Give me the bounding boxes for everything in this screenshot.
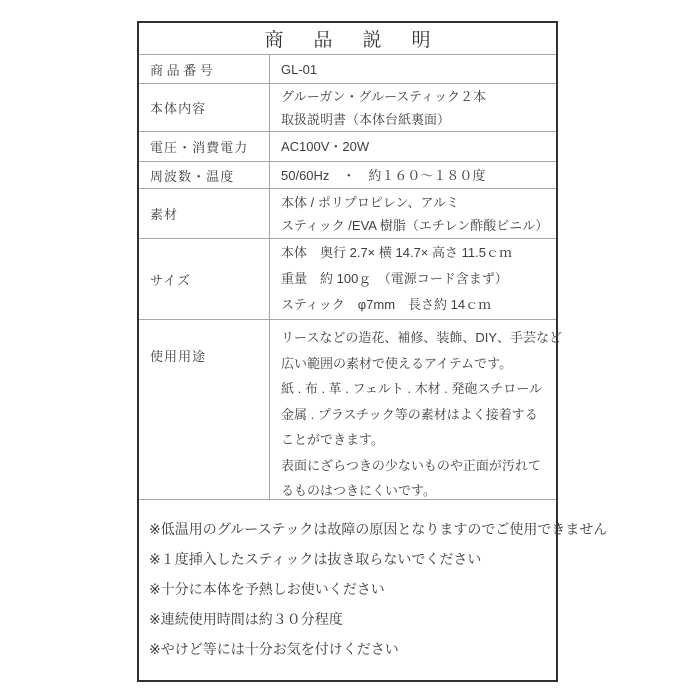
spec-row-frequency-temperature: 周波数・温度 50/60Hz ・ 約１６０～１８０度 — [139, 162, 556, 189]
row-value: GL-01 — [269, 55, 556, 83]
spec-row-material: 素材 本体 / ポリプロピレン、アルミ スティック /EVA 樹脂（エチレン酢酸… — [139, 189, 556, 239]
row-label: 電圧・消費電力 — [139, 132, 269, 161]
spec-row-product-number: 商品番号 GL-01 — [139, 55, 556, 84]
row-label: 使用用途 — [139, 320, 269, 499]
spec-row-usage: 使用用途 リースなどの造花、補修、装飾、DIY、手芸など 広い範囲の素材で使える… — [139, 320, 556, 500]
note-line: ※十分に本体を予熱しお使いください — [149, 574, 546, 604]
value-line: 取扱説明書（本体台紙裏面） — [281, 108, 552, 131]
value-line: グルーガン・グルースティック２本 — [281, 85, 552, 108]
spec-row-voltage-power: 電圧・消費電力 AC100V・20W — [139, 132, 556, 162]
notes-section: ※低温用のグルーステックは故障の原因となりますのでご使用できません ※１度挿入し… — [139, 500, 556, 680]
row-value: AC100V・20W — [269, 132, 556, 161]
table-title: 商 品 説 明 — [252, 25, 443, 52]
row-value: グルーガン・グルースティック２本 取扱説明書（本体台紙裏面） — [269, 84, 556, 131]
row-value: 本体 奥行 2.7× 横 14.7× 高さ 11.5ｃｍ 重量 約 100ｇ （… — [269, 239, 556, 319]
page: 商 品 説 明 商品番号 GL-01 本体内容 グルーガン・グルースティック２本… — [0, 0, 700, 700]
row-label: 商品番号 — [139, 55, 269, 83]
row-label: 素材 — [139, 189, 269, 238]
value-line: リースなどの造花、補修、装飾、DIY、手芸など — [281, 325, 562, 351]
product-spec-table: 商 品 説 明 商品番号 GL-01 本体内容 グルーガン・グルースティック２本… — [137, 21, 558, 682]
note-line: ※連続使用時間は約３０分程度 — [149, 604, 546, 634]
value-line: スティック φ7mm 長さ約 14ｃｍ — [281, 292, 552, 318]
value-line: 本体 / ポリプロピレン、アルミ — [281, 191, 552, 214]
row-value: 本体 / ポリプロピレン、アルミ スティック /EVA 樹脂（エチレン酢酸ビニル… — [269, 189, 556, 238]
value-line: ことができます。 — [281, 427, 562, 453]
note-line: ※低温用のグルーステックは故障の原因となりますのでご使用できません — [149, 514, 546, 544]
note-line: ※１度挿入したスティックは抜き取らないでください — [149, 544, 546, 574]
table-title-row: 商 品 説 明 — [139, 23, 556, 55]
row-label: サイズ — [139, 239, 269, 319]
row-value: 50/60Hz ・ 約１６０～１８０度 — [269, 162, 556, 188]
value-line: 紙 . 布 . 革 . フェルト . 木材 . 発砲スチロール — [281, 376, 562, 402]
value-line: GL-01 — [281, 58, 552, 81]
value-line: 表面にざらつきの少ないものや正面が汚れて — [281, 453, 562, 479]
spec-row-contents: 本体内容 グルーガン・グルースティック２本 取扱説明書（本体台紙裏面） — [139, 84, 556, 132]
row-value: リースなどの造花、補修、装飾、DIY、手芸など 広い範囲の素材で使えるアイテムで… — [269, 320, 566, 499]
note-line: ※やけど等には十分お気を付けください — [149, 634, 546, 664]
value-line: 重量 約 100ｇ （電源コード含まず） — [281, 266, 552, 292]
row-label: 周波数・温度 — [139, 162, 269, 188]
value-line: スティック /EVA 樹脂（エチレン酢酸ビニル） — [281, 214, 552, 237]
spec-row-size: サイズ 本体 奥行 2.7× 横 14.7× 高さ 11.5ｃｍ 重量 約 10… — [139, 239, 556, 320]
value-line: AC100V・20W — [281, 135, 552, 158]
value-line: 本体 奥行 2.7× 横 14.7× 高さ 11.5ｃｍ — [281, 240, 552, 266]
value-line: 金属 . プラスチック等の素材はよく接着する — [281, 402, 562, 428]
value-line: 広い範囲の素材で使えるアイテムです。 — [281, 351, 562, 377]
value-line: 50/60Hz ・ 約１６０～１８０度 — [281, 164, 552, 187]
row-label: 本体内容 — [139, 84, 269, 131]
